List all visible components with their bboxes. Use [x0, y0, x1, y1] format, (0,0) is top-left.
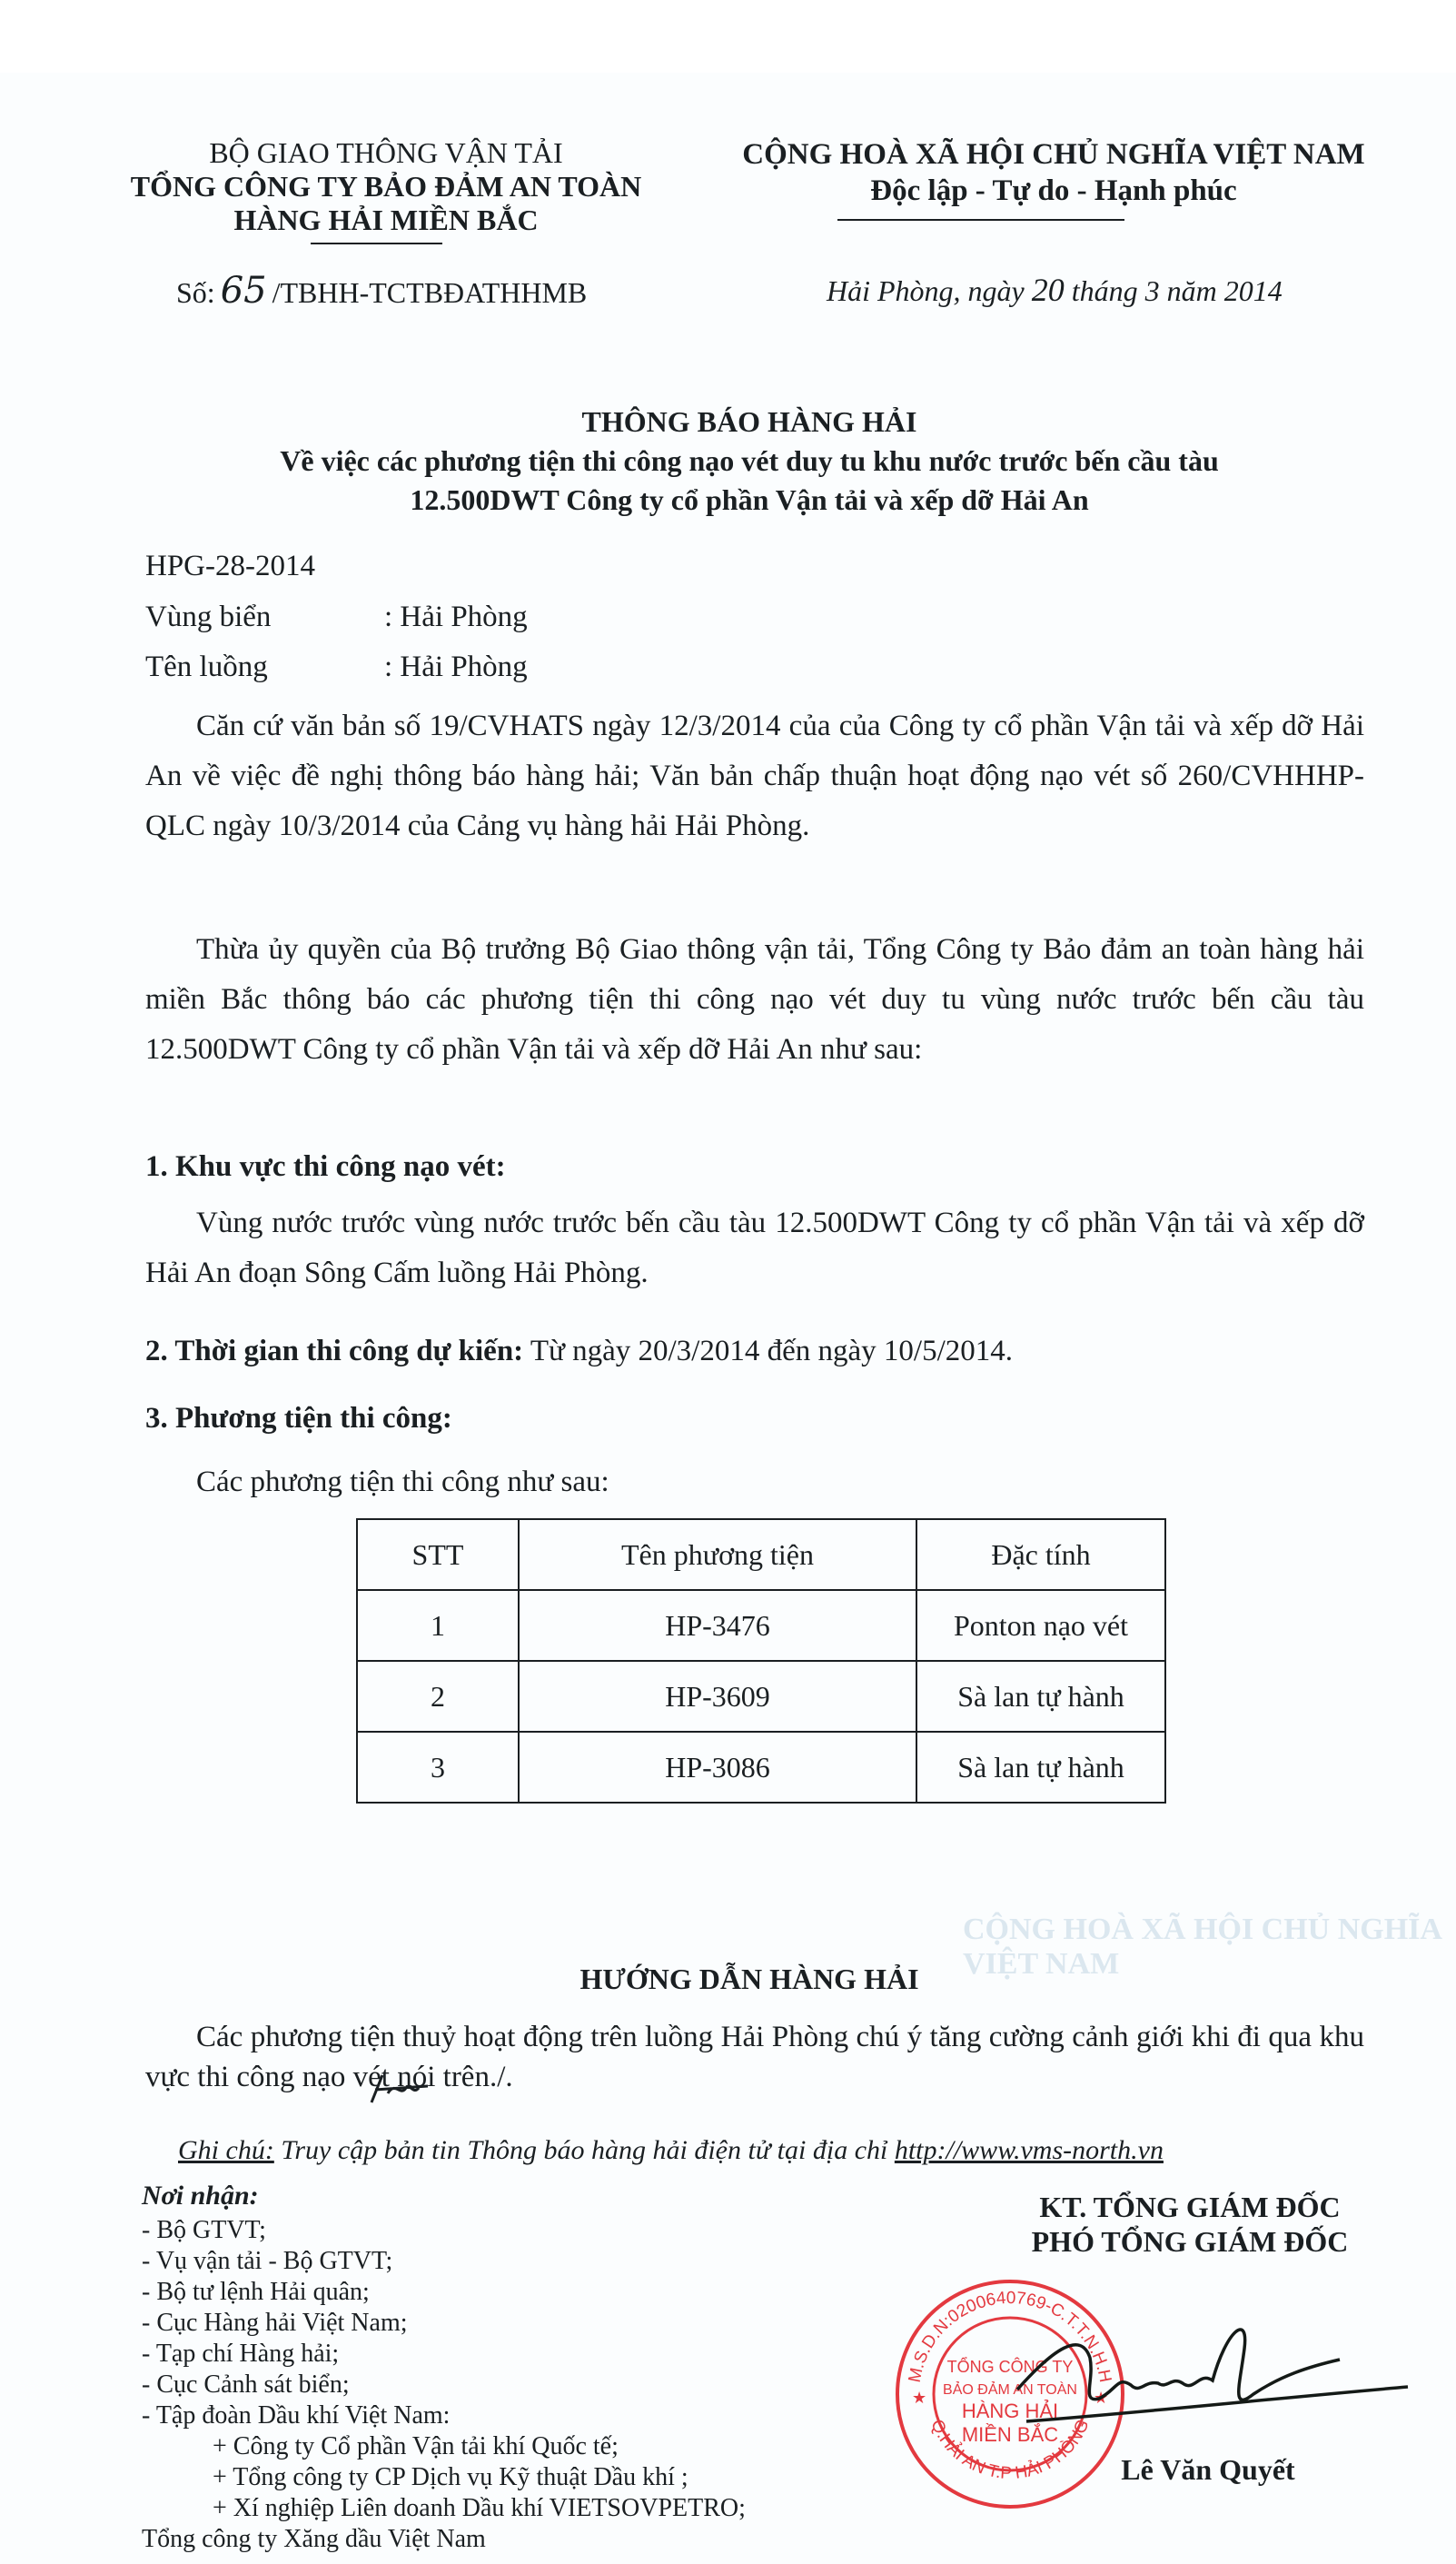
sea-area-label: Vùng biển — [145, 591, 271, 642]
sea-area-value: : Hải Phòng — [384, 591, 528, 642]
handwritten-number: 65 — [221, 270, 267, 312]
vessel-table: STT Tên phương tiện Đặc tính 1 HP-3476 P… — [356, 1518, 1166, 1804]
signature-line1: KT. TỔNG GIÁM ĐỐC — [954, 2190, 1426, 2224]
section-2: 2. Thời gian thi công dự kiến: Từ ngày 2… — [145, 1326, 1013, 1376]
section-2-text: Từ ngày 20/3/2014 đến ngày 10/5/2014. — [523, 1335, 1013, 1367]
recipients-heading: Nơi nhận: — [142, 2181, 746, 2211]
initials-icon — [368, 2072, 431, 2104]
signer-name: Lê Văn Quyết — [981, 2453, 1435, 2487]
guidance-text: Các phương tiện thuỷ hoạt động trên luồn… — [145, 2017, 1364, 2097]
document-title: THÔNG BÁO HÀNG HẢI — [136, 402, 1362, 441]
col-header-vessel-name: Tên phương tiện — [519, 1519, 916, 1590]
list-item: - Tập đoàn Dầu khí Việt Nam: — [142, 2400, 746, 2431]
paragraph-basis: Căn cứ văn bản số 19/CVHATS ngày 12/3/20… — [145, 701, 1364, 851]
issuer-underline — [311, 243, 442, 244]
portal-link[interactable]: http://www.vms-north.vn — [895, 2135, 1164, 2165]
guidance-heading: HƯỚNG DẪN HÀNG HẢI — [136, 1960, 1362, 1998]
cell-characteristic: Ponton nạo vét — [916, 1590, 1165, 1661]
list-subitem: + Công ty Cổ phần Vận tải khí Quốc tế; — [142, 2431, 746, 2462]
issuer-block: BỘ GIAO THÔNG VẬN TẢI TỔNG CÔNG TY BẢO Đ… — [109, 136, 663, 237]
list-item: - Bộ tư lệnh Hải quân; — [142, 2277, 746, 2308]
section-3-intro: Các phương tiện thi công như sau: — [196, 1456, 609, 1507]
table-row: 2 HP-3609 Sà lan tự hành — [357, 1661, 1165, 1732]
cell-stt: 3 — [357, 1732, 519, 1803]
channel-value: : Hải Phòng — [384, 641, 528, 692]
issue-date: Hải Phòng, ngày 20 tháng 3 năm 2014 — [827, 271, 1283, 309]
cell-vessel-name: HP-3609 — [519, 1661, 916, 1732]
notice-code: HPG-28-2014 — [145, 541, 315, 591]
section-3-heading: 3. Phương tiện thi công: — [145, 1393, 452, 1444]
list-subitem: + Xí nghiệp Liên doanh Dầu khí VIETSOVPE… — [142, 2493, 746, 2524]
list-item: - Cục Cảnh sát biển; — [142, 2370, 746, 2400]
country-name: CỘNG HOÀ XÃ HỘI CHỦ NGHĨA VIỆT NAM — [718, 136, 1390, 173]
cell-stt: 1 — [357, 1590, 519, 1661]
paragraph-authorization: Thừa ủy quyền của Bộ trưởng Bộ Giao thôn… — [145, 925, 1364, 1075]
channel-label: Tên luồng — [145, 641, 268, 692]
list-item-cutoff: Tổng công ty Xăng dầu Việt Nam — [142, 2524, 746, 2555]
scan-margin — [0, 0, 1456, 73]
handwritten-day: 20 — [1032, 272, 1065, 308]
motto-underline — [837, 219, 1124, 221]
handwritten-signature-icon — [981, 2312, 1417, 2440]
col-header-stt: STT — [357, 1519, 519, 1590]
note-label: Ghi chú: — [178, 2135, 274, 2165]
signature-title: KT. TỔNG GIÁM ĐỐC PHÓ TỔNG GIÁM ĐỐC — [954, 2190, 1426, 2259]
cell-stt: 2 — [357, 1661, 519, 1732]
cell-characteristic: Sà lan tự hành — [916, 1732, 1165, 1803]
list-item: - Tạp chí Hàng hải; — [142, 2339, 746, 2370]
org-name-line1: TỔNG CÔNG TY BẢO ĐẢM AN TOÀN — [109, 170, 663, 204]
col-header-characteristic: Đặc tính — [916, 1519, 1165, 1590]
section-2-heading: 2. Thời gian thi công dự kiến: — [145, 1335, 523, 1367]
document-number: Số:65/TBHH-TCTBĐATHHMB — [176, 270, 587, 312]
cell-vessel-name: HP-3476 — [519, 1590, 916, 1661]
cell-vessel-name: HP-3086 — [519, 1732, 916, 1803]
section-1-text: Vùng nước trước vùng nước trước bến cầu … — [145, 1198, 1364, 1298]
national-motto: Độc lập - Tự do - Hạnh phúc — [718, 173, 1390, 209]
ministry-name: BỘ GIAO THÔNG VẬN TẢI — [109, 136, 663, 170]
list-item: - Vụ vận tải - Bộ GTVT; — [142, 2246, 746, 2277]
cell-characteristic: Sà lan tự hành — [916, 1661, 1165, 1732]
national-header: CỘNG HOÀ XÃ HỘI CHỦ NGHĨA VIỆT NAM Độc l… — [718, 136, 1390, 209]
note-line: Ghi chú: Truy cập bản tin Thông báo hàng… — [178, 2135, 1164, 2166]
document-subject-line1: Về việc các phương tiện thi công nạo vét… — [136, 442, 1362, 480]
org-name-line2: HÀNG HẢI MIỀN BẮC — [109, 204, 663, 237]
table-row: 3 HP-3086 Sà lan tự hành — [357, 1732, 1165, 1803]
list-item: - Cục Hàng hải Việt Nam; — [142, 2308, 746, 2339]
list-subitem: + Tổng công ty CP Dịch vụ Kỹ thuật Dầu k… — [142, 2462, 746, 2493]
document-subject-line2: 12.500DWT Công ty cổ phần Vận tải và xếp… — [136, 481, 1362, 519]
list-item: - Bộ GTVT; — [142, 2215, 746, 2246]
section-1-heading: 1. Khu vực thi công nạo vét: — [145, 1141, 506, 1192]
svg-text:★: ★ — [912, 2389, 926, 2407]
recipients-block: Nơi nhận: - Bộ GTVT; - Vụ vận tải - Bộ G… — [142, 2181, 746, 2555]
signature-line2: PHÓ TỔNG GIÁM ĐỐC — [954, 2224, 1426, 2259]
table-header-row: STT Tên phương tiện Đặc tính — [357, 1519, 1165, 1590]
table-row: 1 HP-3476 Ponton nạo vét — [357, 1590, 1165, 1661]
